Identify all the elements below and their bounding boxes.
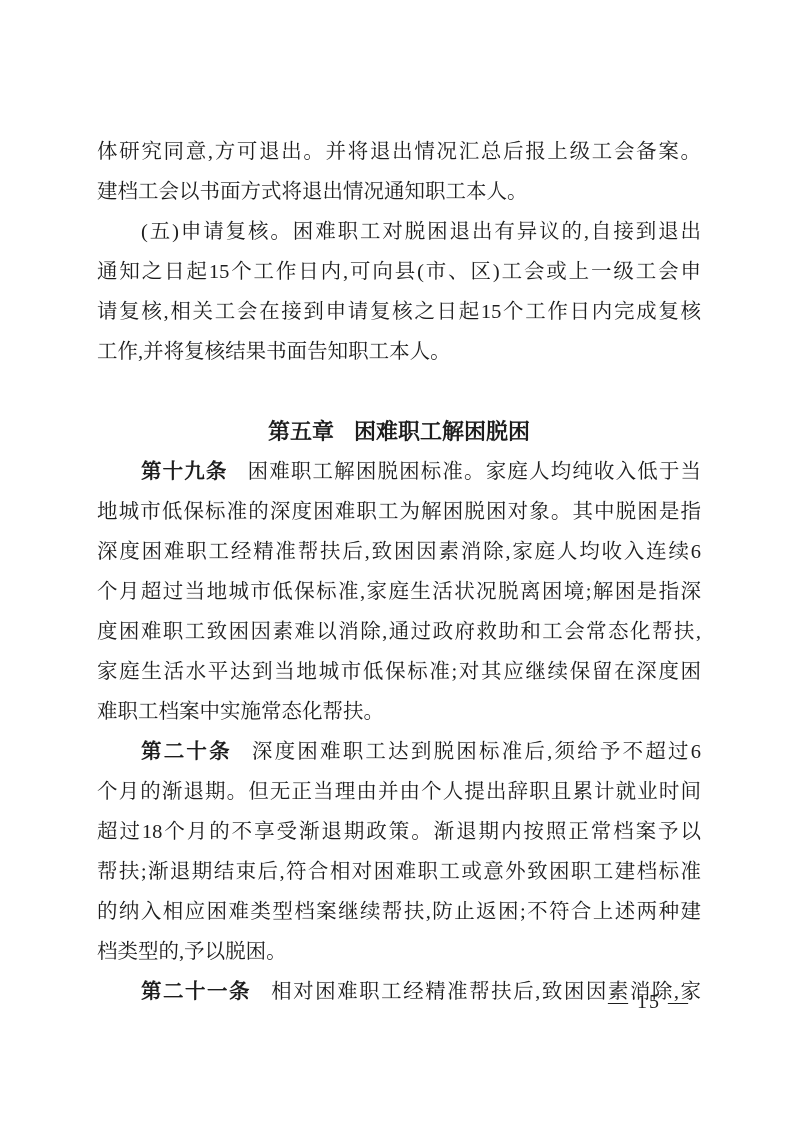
article-text: 深度困难职工达到脱困标准后,须给予不超过6 bbox=[252, 741, 701, 763]
article-number: 第二十条 bbox=[141, 741, 232, 763]
paragraph-line: 地城市低保标准的深度困难职工为解困脱困对象。其中脱困是指 bbox=[97, 492, 701, 532]
paragraph-line: 通知之日起15个工作日内,可向县(市、区)工会或上一级工会申 bbox=[97, 252, 701, 292]
document-page: 体研究同意,方可退出。并将退出情况汇总后报上级工会备案。 建档工会以书面方式将退… bbox=[0, 0, 793, 1122]
paragraph-line: 第二十条深度困难职工达到脱困标准后,须给予不超过6 bbox=[97, 732, 701, 772]
chapter-heading: 第五章困难职工解困脱困 bbox=[97, 412, 701, 452]
article-text: 困难职工解困脱困标准。家庭人均纯收入低于当 bbox=[248, 461, 701, 483]
paragraph-line: (五)申请复核。困难职工对脱困退出有异议的,自接到退出 bbox=[97, 212, 701, 252]
article-number: 第十九条 bbox=[141, 461, 228, 483]
paragraph-line: 建档工会以书面方式将退出情况通知职工本人。 bbox=[97, 172, 701, 212]
paragraph-line: 的纳入相应困难类型档案继续帮扶,防止返困;不符合上述两种建 bbox=[97, 892, 701, 932]
chapter-title: 困难职工解困脱困 bbox=[354, 419, 530, 444]
paragraph-line: 超过18个月的不享受渐退期政策。渐退期内按照正常档案予以 bbox=[97, 812, 701, 852]
paragraph-line: 度困难职工致困因素难以消除,通过政府救助和工会常态化帮扶, bbox=[97, 612, 701, 652]
paragraph-line: 档类型的,予以脱困。 bbox=[97, 932, 701, 972]
paragraph-line: 帮扶;渐退期结束后,符合相对困难职工或意外致困职工建档标准 bbox=[97, 852, 701, 892]
chapter-number: 第五章 bbox=[268, 419, 334, 444]
page-number: — 15 — bbox=[608, 988, 690, 1016]
page-body: 体研究同意,方可退出。并将退出情况汇总后报上级工会备案。 建档工会以书面方式将退… bbox=[97, 132, 701, 1012]
paragraph-line: 难职工档案中实施常态化帮扶。 bbox=[97, 692, 701, 732]
paragraph-line: 个月超过当地城市低保标准,家庭生活状况脱离困境;解困是指深 bbox=[97, 572, 701, 612]
paragraph-line: 个月的渐退期。但无正当理由并由个人提出辞职且累计就业时间 bbox=[97, 772, 701, 812]
paragraph-line: 体研究同意,方可退出。并将退出情况汇总后报上级工会备案。 bbox=[97, 132, 701, 172]
article-number: 第二十一条 bbox=[141, 981, 251, 1003]
paragraph-line: 家庭生活水平达到当地城市低保标准;对其应继续保留在深度困 bbox=[97, 652, 701, 692]
paragraph-line: 第十九条困难职工解困脱困标准。家庭人均纯收入低于当 bbox=[97, 452, 701, 492]
paragraph-line: 请复核,相关工会在接到申请复核之日起15个工作日内完成复核 bbox=[97, 292, 701, 332]
paragraph-line: 工作,并将复核结果书面告知职工本人。 bbox=[97, 332, 701, 372]
paragraph-line: 深度困难职工经精准帮扶后,致困因素消除,家庭人均收入连续6 bbox=[97, 532, 701, 572]
